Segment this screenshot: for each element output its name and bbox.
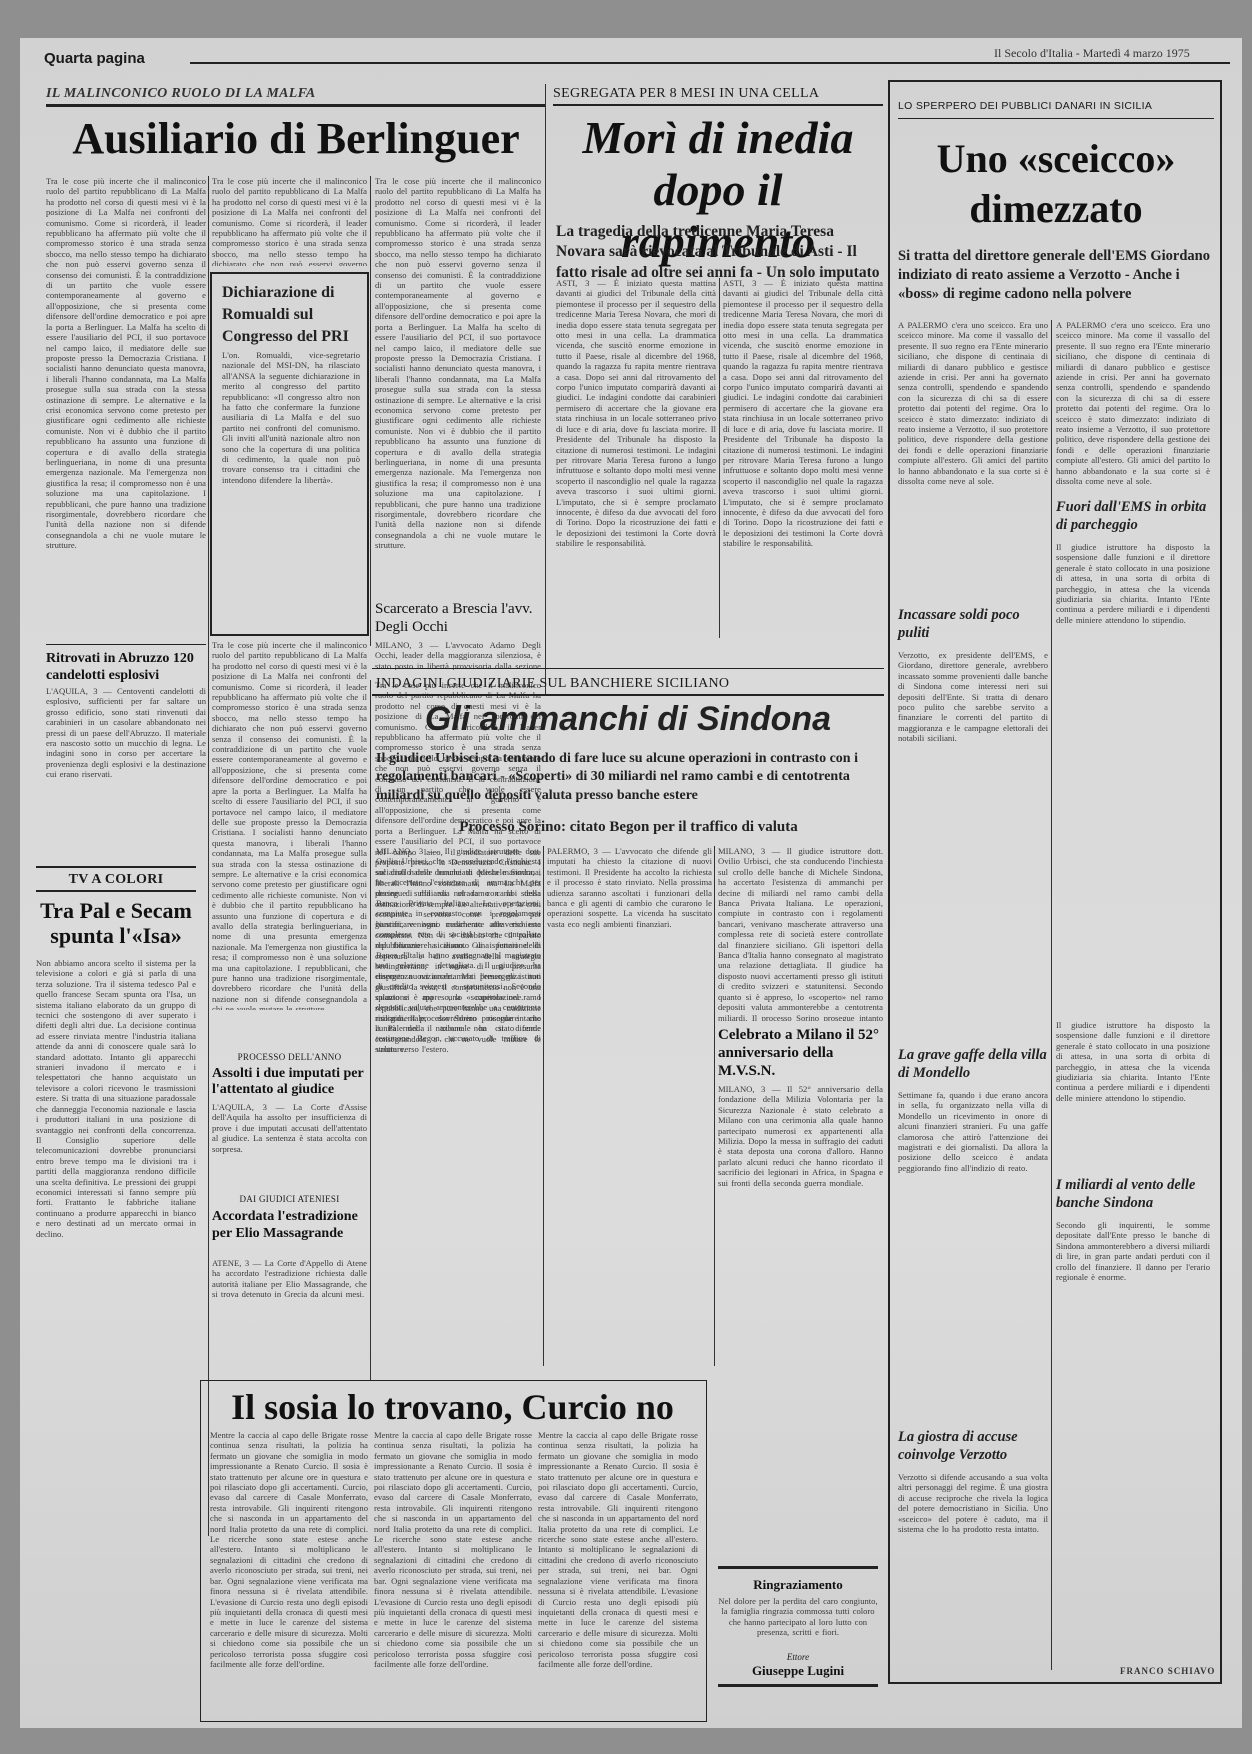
sceicco-body1b: Il giudice istruttore ha disposto la sos… — [1056, 1020, 1210, 1170]
sosia-body-col1: Mentre la caccia al capo delle Brigate r… — [210, 1430, 368, 1716]
sindona-headline: Gli ammanchi di Sindona — [372, 700, 884, 739]
lamalfa-kicker: IL MALINCONICO RUOLO DI LA MALFA — [46, 86, 546, 102]
cella-kicker: SEGREGATA PER 8 MESI IN UNA CELLA — [553, 86, 883, 102]
abruzzo-body: L'AQUILA, 3 — Centoventi candelotti di e… — [46, 686, 206, 858]
rule — [372, 668, 884, 669]
sceicco-headline-line2: dimezzato — [898, 184, 1214, 234]
sceicco-body2: Verzotto, ex presidente dell'EMS, e Gior… — [898, 650, 1048, 1040]
column-divider — [543, 846, 544, 1366]
giudici-ateniesi-title: Accordata l'estradizione per Elio Massag… — [212, 1208, 367, 1242]
mvsn-title: Celebrato a Milano il 52° anniversario d… — [718, 1026, 883, 1080]
column-divider — [545, 84, 546, 694]
sceicco-sub2: Incassare soldi poco puliti — [898, 606, 1048, 642]
sceicco-sub4: I miliardi al vento delle banche Sindona — [1056, 1176, 1210, 1212]
sindona-body-col1: MILANO, 3 — Il giudice istruttore dott. … — [376, 846, 541, 1366]
sindona-deck: Il giudice Urbisci sta tentando di fare … — [376, 750, 881, 805]
romualdi-body: L'on. Romualdi, vice-segretario nazional… — [222, 350, 360, 628]
ringraziamento-signature-label: Ettore — [718, 1652, 878, 1662]
column-divider — [370, 680, 371, 1380]
tv-body: Non abbiamo ancora scelto il sistema per… — [36, 958, 196, 1648]
sceicco-deck: Si tratta del direttore generale dell'EM… — [898, 247, 1214, 304]
ringraziamento-body: Nel dolore per la perdita del caro congi… — [718, 1596, 878, 1648]
rule — [36, 866, 196, 868]
header-rule — [190, 62, 1230, 64]
lamalfa-headline: Ausiliario di Berlinguer — [46, 116, 546, 162]
column-divider — [714, 846, 715, 1366]
sceicco-body5: Verzotto si difende accusando a sua volt… — [898, 1472, 1048, 1662]
rule — [36, 890, 196, 892]
giudici-ateniesi-kicker: DAI GIUDICI ATENIESI — [212, 1194, 367, 1204]
sosia-body-col2: Mentre la caccia al capo delle Brigate r… — [374, 1430, 532, 1716]
lamalfa-body-col2b: Tra le cose più incerte che il malinconi… — [212, 640, 367, 1010]
lamalfa-rule — [46, 104, 546, 107]
masthead-date: Il Secolo d'Italia - Martedì 4 marzo 197… — [994, 46, 1190, 61]
cella-headline-line1: Morì di inedia — [553, 112, 883, 164]
brescia-body: MILANO, 3 — L'avvocato Adamo Degli Occhi… — [375, 640, 541, 670]
giudici-ateniesi-body: ATENE, 3 — La Corte d'Appello di Atene h… — [212, 1258, 367, 1378]
rule — [372, 694, 884, 696]
abruzzo-title: Ritrovati in Abruzzo 120 candelotti espl… — [46, 650, 206, 684]
cella-body-col1: ASTI, 3 — È iniziato questa mattina dava… — [556, 278, 716, 638]
rule — [46, 644, 206, 645]
rule — [898, 118, 1214, 119]
romualdi-title: Dichiarazione di Romualdi sul Congresso … — [222, 282, 362, 348]
cella-deck: La tragedia della tredicenne Maria Teres… — [556, 222, 882, 283]
section-label: Quarta pagina — [44, 50, 145, 67]
tv-kicker: TV A COLORI — [36, 872, 196, 888]
processo-anno-kicker: PROCESSO DELL'ANNO — [212, 1052, 367, 1062]
sceicco-byline: FRANCO SCHIAVO — [1120, 1666, 1215, 1676]
rule — [718, 1566, 878, 1569]
sceicco-kicker: LO SPERPERO DEI PUBBLICI DANARI IN SICIL… — [898, 100, 1214, 112]
sceicco-sub5: La giostra di accuse coinvolge Verzotto — [898, 1428, 1048, 1464]
column-divider — [370, 176, 371, 646]
tv-headline: Tra Pal e Secam spunta l'«Isa» — [36, 898, 196, 948]
sceicco-body-intro-col1: A PALERMO c'era uno sceicco. Era uno sce… — [898, 320, 1048, 600]
sindona-body-col3: MILANO, 3 — Il giudice istruttore dott. … — [718, 846, 883, 1021]
sceicco-body-intro-col2: A PALERMO c'era uno sceicco. Era uno sce… — [1056, 320, 1210, 490]
cella-body-col2: ASTI, 3 — È iniziato questa mattina dava… — [723, 278, 883, 638]
sceicco-sub1: Fuori dall'EMS in orbita di parcheggio — [1056, 498, 1210, 534]
column-divider — [208, 176, 209, 1536]
sosia-headline: Il sosia lo trovano, Curcio no — [200, 1384, 705, 1430]
processo-anno-body: L'AQUILA, 3 — La Corte d'Assise dell'Aqu… — [212, 1102, 367, 1166]
column-divider — [1051, 320, 1052, 1670]
brescia-title: Scarcerato a Brescia l'avv. Degli Occhi — [375, 600, 541, 636]
mvsn-body: MILANO, 3 — Il 52° anniversario della fo… — [718, 1084, 883, 1604]
sosia-body-col3: Mentre la caccia al capo delle Brigate r… — [538, 1430, 698, 1716]
sceicco-sub3: La grave gaffe della villa di Mondello — [898, 1046, 1048, 1082]
lamalfa-body-col3: Tra le cose più incerte che il malinconi… — [375, 176, 541, 646]
lamalfa-body-col2: Tra le cose più incerte che il malinconi… — [212, 176, 367, 266]
sindona-kicker: INDAGINI GIUDIZIARIE SUL BANCHIERE SICIL… — [376, 676, 876, 692]
rule — [718, 1684, 878, 1687]
sindona-subhead: Processo Sorino: citato Begon per il tra… — [376, 818, 881, 838]
ringraziamento-title: Ringraziamento — [718, 1578, 878, 1592]
rule — [553, 104, 883, 106]
column-divider — [719, 278, 720, 638]
sceicco-body1: Il giudice istruttore ha disposto la sos… — [1056, 542, 1210, 1012]
processo-anno-title: Assolti i due imputati per l'attentato a… — [212, 1066, 372, 1098]
sceicco-body3: Settimane fa, quando i due erano ancora … — [898, 1090, 1048, 1420]
sceicco-body4: Secondo gli inquirenti, le somme deposit… — [1056, 1220, 1210, 1660]
sceicco-headline-line1: Uno «sceicco» — [898, 134, 1214, 184]
sindona-body-col2: PALERMO, 3 — L'avvocato che difende gli … — [547, 846, 712, 1366]
ringraziamento-signature-name: Giuseppe Lugini — [718, 1664, 878, 1678]
